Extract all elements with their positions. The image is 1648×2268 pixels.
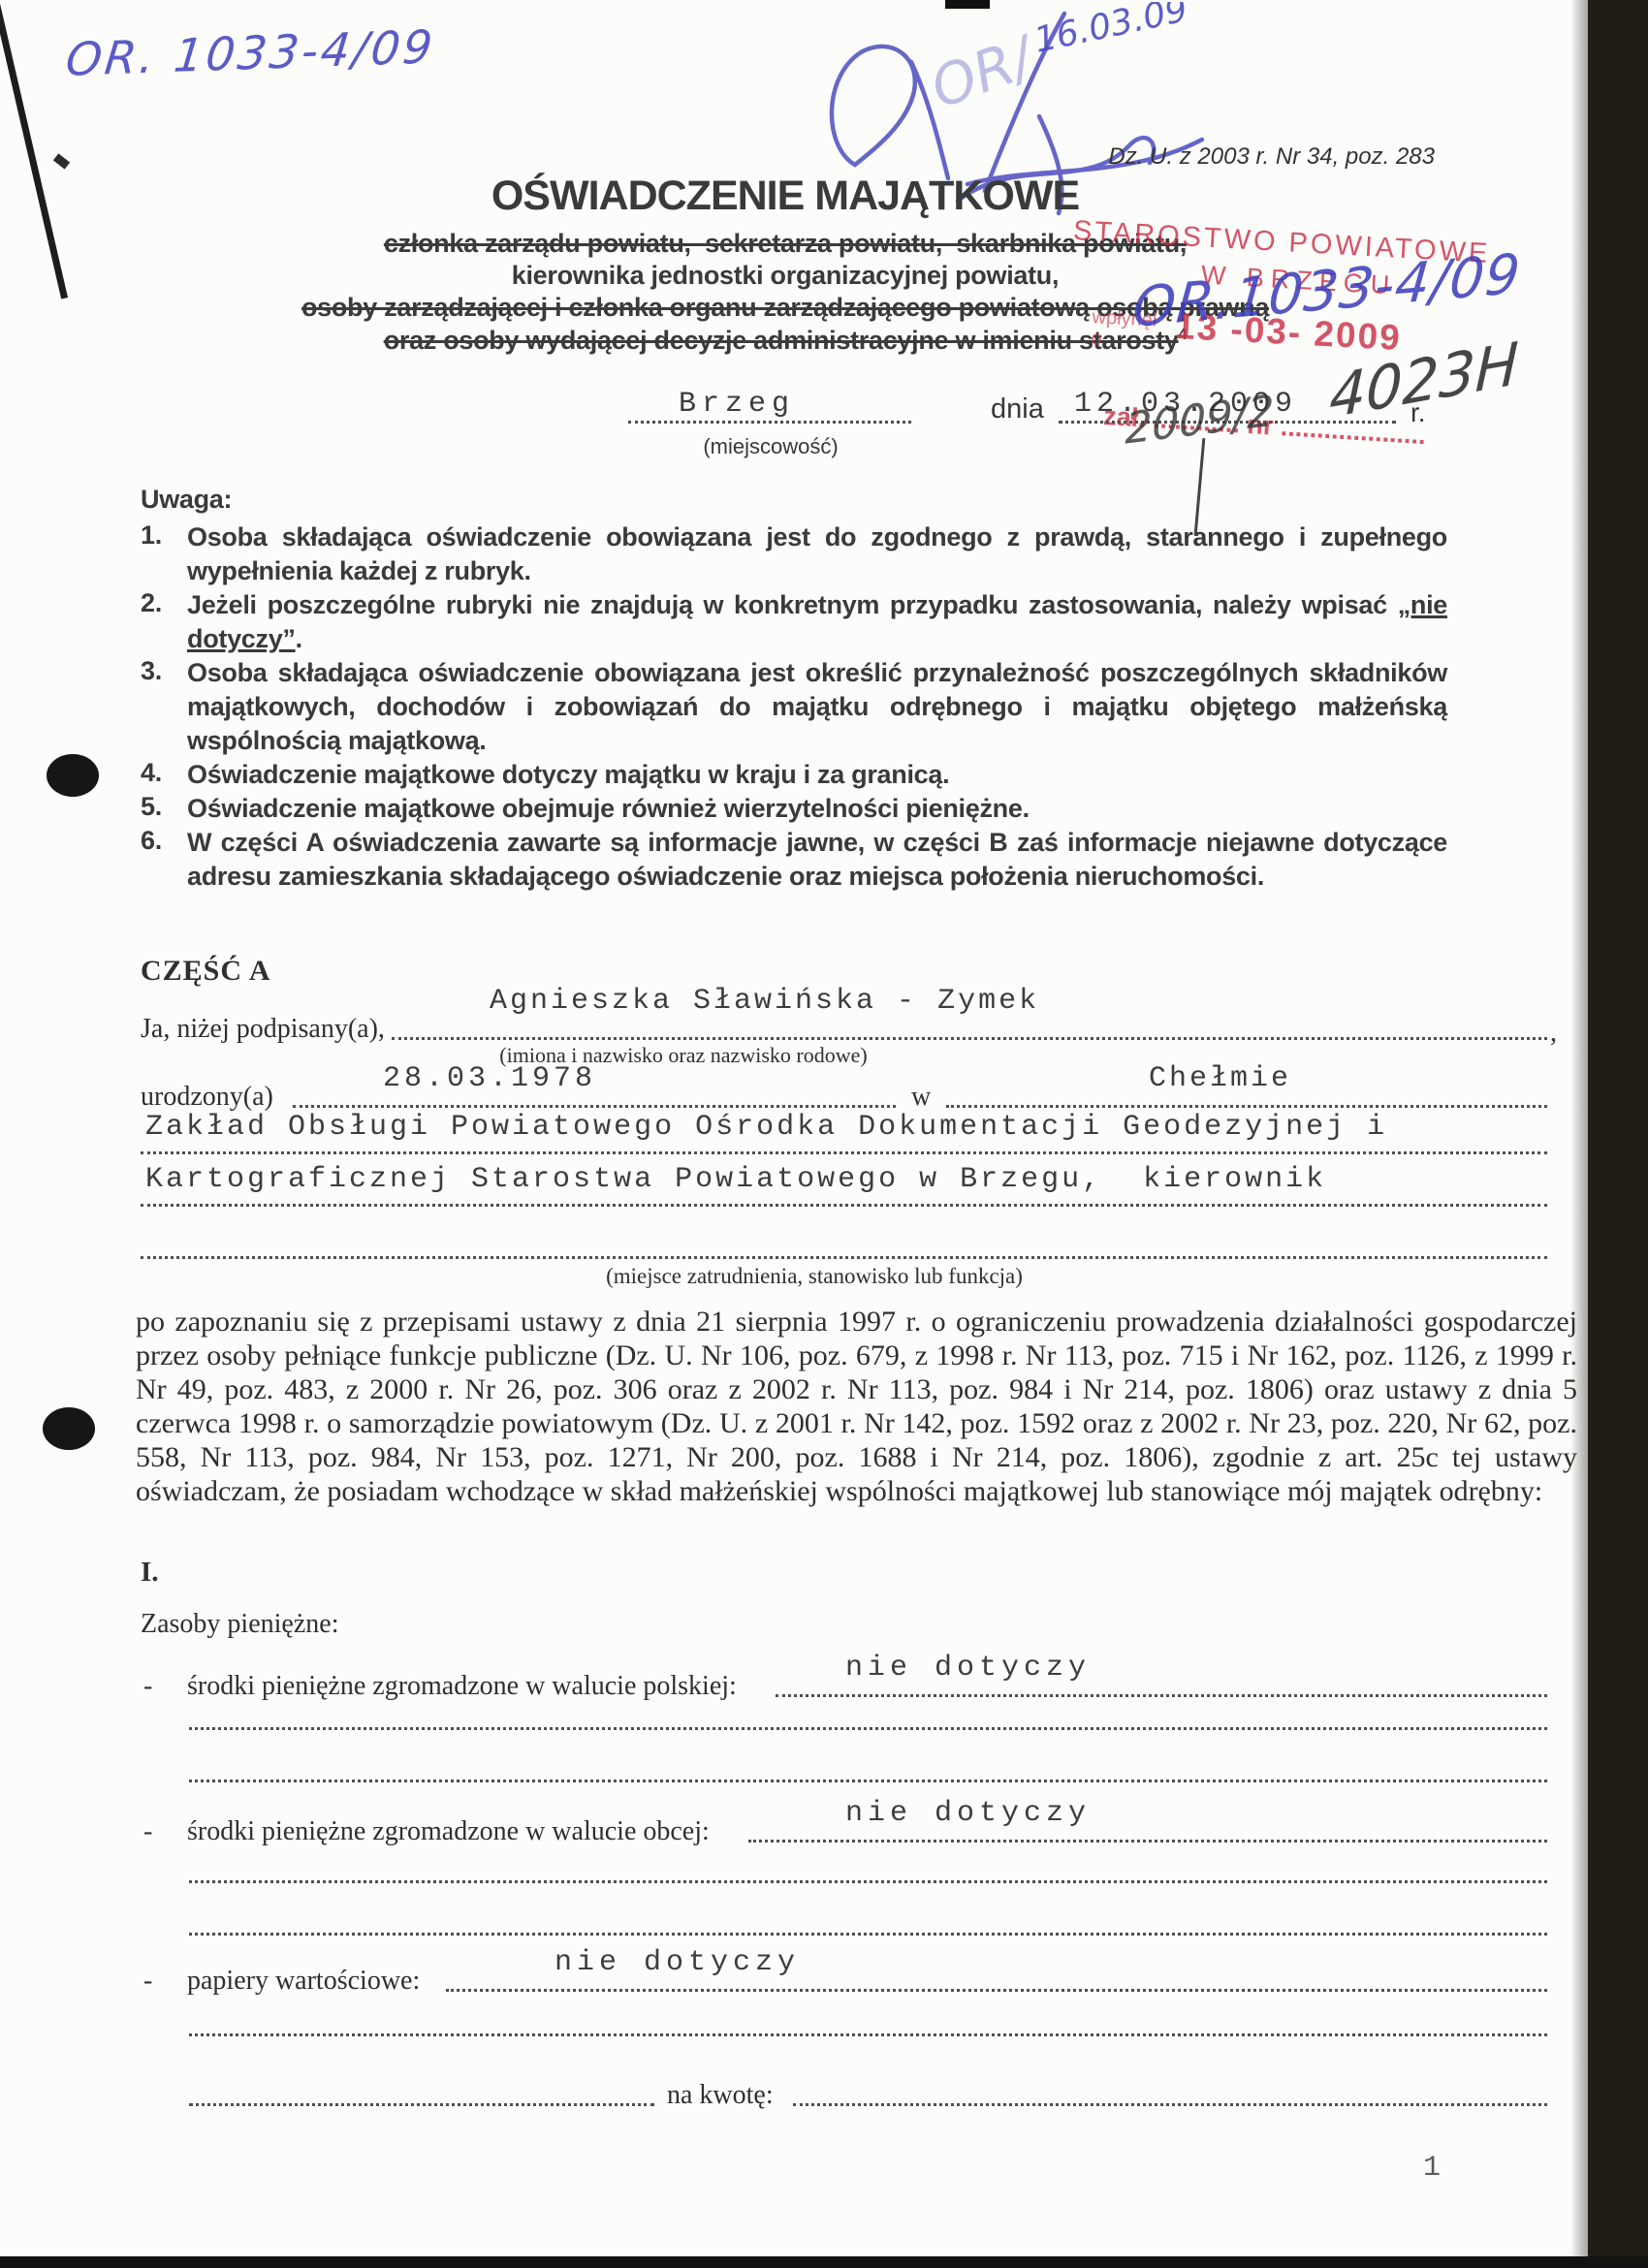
blank-dotted-line-5: [189, 2004, 1547, 2036]
declarant-label: Ja, niżej podpisany(a),: [141, 1014, 385, 1045]
row-1-dotted-line: [776, 1665, 1547, 1697]
row-1-dash: -: [143, 1671, 152, 1702]
uwaga-item-text: Oświadczenie majątkowe obejmuje również …: [187, 792, 1447, 826]
row-2-label: środki pieniężne zgromadzone w walucie o…: [187, 1816, 710, 1847]
uwaga-item-4: 4. Oświadczenie majątkowe dotyczy majątk…: [141, 758, 1447, 792]
dispatch-date-text: 16.03.09: [1030, 2, 1190, 61]
amount-dotted-line-2: [793, 2074, 1547, 2106]
uwaga-item-number: 4.: [141, 758, 187, 792]
uwaga-item-1: 1. Osoba składająca oświadczenie obowiąz…: [141, 520, 1447, 588]
employment-dotted-line-2: [141, 1175, 1547, 1207]
employment-dotted-line-3: [141, 1227, 1547, 1259]
corner-pen-tick: [53, 153, 70, 169]
dnia-label: dnia: [991, 394, 1044, 425]
uwaga-item-text: W części A oświadczenia zawarte są infor…: [187, 826, 1447, 894]
born-in-label: w: [911, 1082, 931, 1113]
place-dotted-line: [628, 392, 911, 424]
employment-dotted-line-1: [141, 1122, 1547, 1154]
legal-basis-note: Dz. U. z 2003 r. Nr 34, poz. 283: [872, 143, 1435, 171]
row-3-dotted-line: [446, 1960, 1547, 1992]
born-dotted-line-1: [293, 1076, 896, 1108]
row-3-dash: -: [143, 1966, 152, 1997]
handwritten-ref-top-left: OR. 1033-4/09: [63, 20, 437, 87]
blank-dotted-line-3: [189, 1851, 1547, 1883]
place-caption: (miejscowość): [669, 434, 872, 459]
scan-border-right: [1588, 0, 1648, 2268]
hole-punch-top: [47, 754, 99, 797]
row-2-dotted-line: [748, 1811, 1547, 1843]
blank-dotted-line-4: [189, 1904, 1547, 1936]
employment-caption: (miejsce zatrudnienia, stanowisko lub fu…: [533, 1264, 1095, 1289]
uwaga-item-text: Oświadczenie majątkowe dotyczy majątku w…: [187, 758, 1447, 792]
section-title: Zasoby pieniężne:: [141, 1609, 338, 1640]
uwaga-item-5: 5. Oświadczenie majątkowe obejmuje równi…: [141, 792, 1447, 826]
scan-border-bottom: [0, 2256, 1648, 2268]
corner-pen-mark: [0, 0, 68, 299]
uwaga-item-2: 2. Jeżeli poszczególne rubryki nie znajd…: [141, 588, 1447, 656]
section-number: I.: [141, 1557, 159, 1589]
document-title: OŚWIADCZENIE MAJĄTKOWE: [174, 173, 1396, 220]
blank-dotted-line-1: [189, 1698, 1547, 1730]
row-3-label: papiery wartościowe:: [187, 1966, 420, 1997]
uwaga-item-number: 3.: [141, 656, 187, 758]
part-a-heading: CZĘŚĆ A: [141, 955, 271, 988]
blank-dotted-line-2: [189, 1750, 1547, 1782]
declarant-trailing-comma: ,: [1550, 1018, 1557, 1049]
uwaga-item-3: 3. Osoba składająca oświadczenie obowiąz…: [141, 656, 1447, 758]
uwaga-item-number: 2.: [141, 588, 187, 656]
born-place-value: Chełmie: [1149, 1062, 1291, 1095]
page-edge-shadow: [1570, 0, 1588, 2268]
uwaga-item-number: 1.: [141, 520, 187, 588]
amount-label: na kwotę:: [667, 2080, 774, 2111]
uwaga-item-text: Jeżeli poszczególne rubryki nie znajdują…: [187, 588, 1447, 656]
uwaga-heading: Uwaga:: [141, 485, 232, 515]
uwaga-item-6: 6. W części A oświadczenia zawarte są in…: [141, 826, 1447, 894]
declarant-dotted-line: [392, 1008, 1547, 1040]
year-suffix: r.: [1410, 397, 1426, 428]
amount-dotted-line-1: [189, 2074, 654, 2106]
uwaga-item-2-post: .: [296, 624, 302, 653]
uwaga-item-text: Osoba składająca oświadczenie obowiązana…: [187, 520, 1447, 588]
row-2-dash: -: [143, 1816, 152, 1847]
born-label: urodzony(a): [141, 1082, 273, 1113]
dispatch-prefix-text: OR/: [923, 22, 1047, 121]
legal-paragraph: po zapoznaniu się z przepisami ustawy z …: [136, 1305, 1577, 1508]
uwaga-item-number: 6.: [141, 826, 187, 894]
uwaga-item-text: Osoba składająca oświadczenie obowiązana…: [187, 656, 1447, 758]
subtitle-struck-3-text: oraz osoby wydającej decyzje administrac…: [384, 326, 1179, 355]
uwaga-item-2-pre: Jeżeli poszczególne rubryki nie znajdują…: [187, 590, 1387, 619]
hole-punch-bottom: [43, 1407, 95, 1450]
page-number: 1: [1423, 2152, 1441, 2185]
scanned-document-page: OR. 1033-4/09 16.03.09 OR/ Dz. U. z 2003…: [0, 0, 1648, 2268]
uwaga-item-number: 5.: [141, 792, 187, 826]
